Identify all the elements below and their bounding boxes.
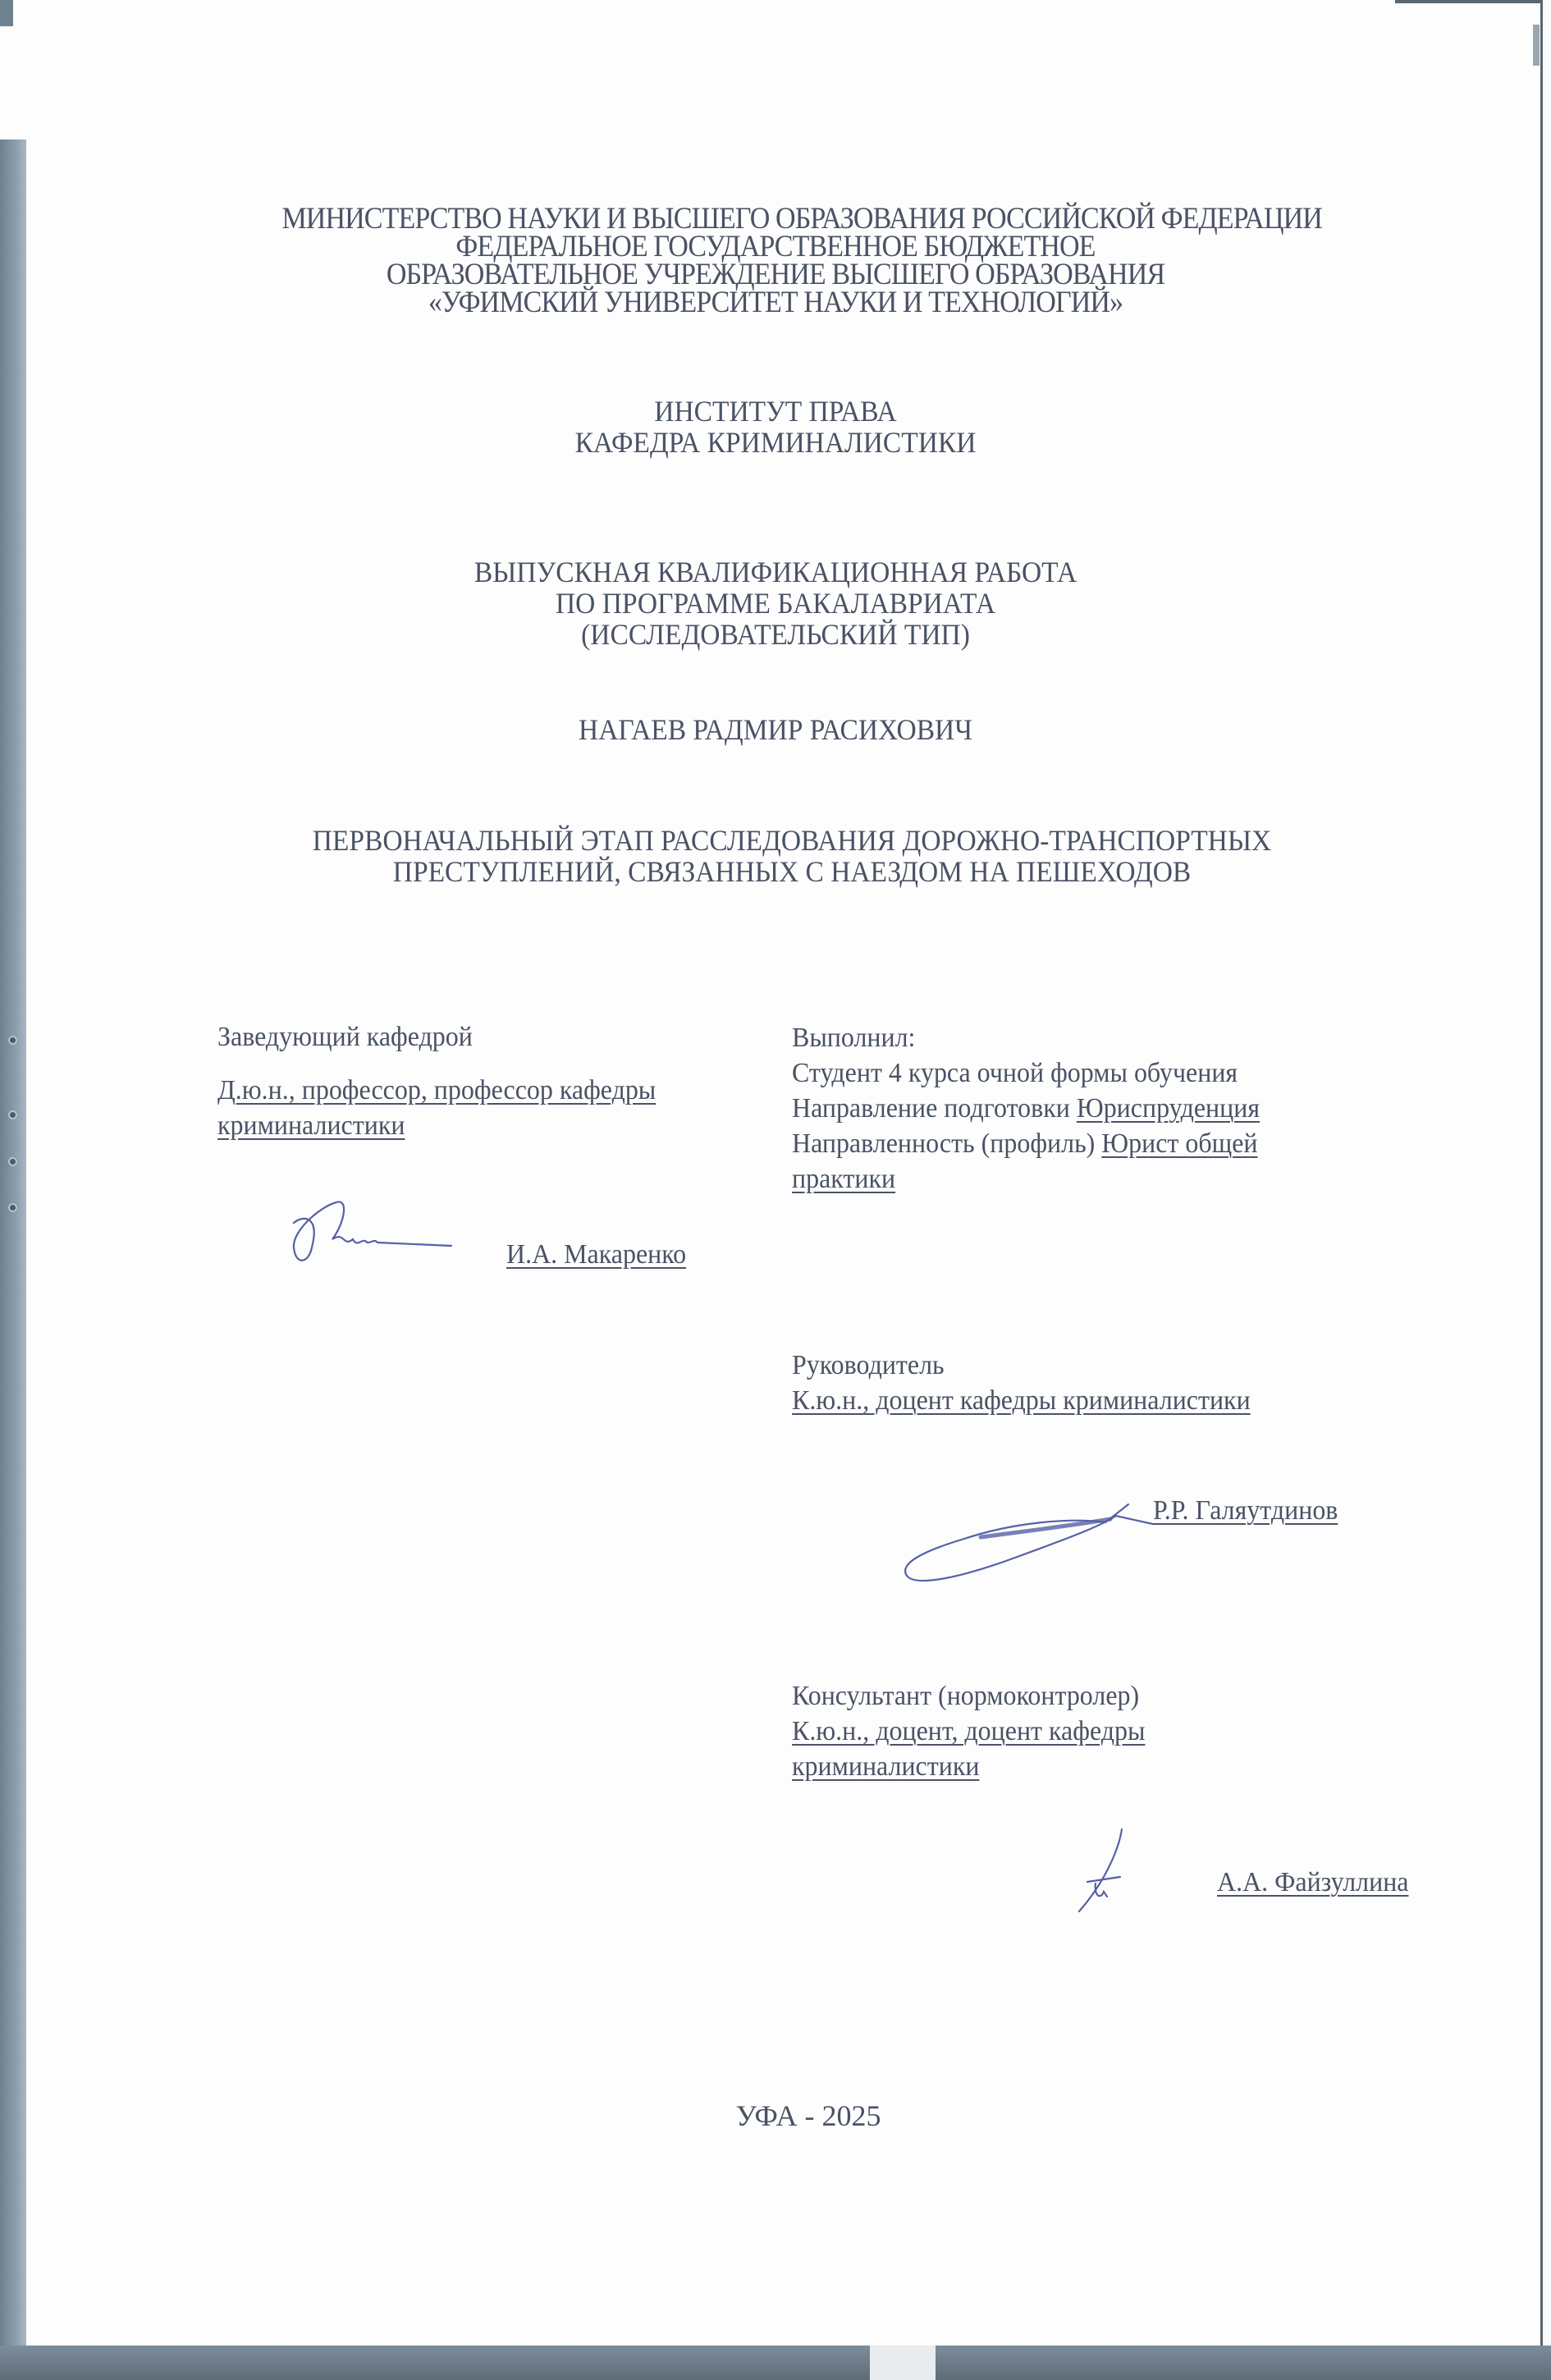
thesis-title-line: ПРЕСТУПЛЕНИЙ, СВЯЗАННЫХ С НАЕЗДОМ НА ПЕШ…: [71, 856, 1513, 887]
ministry-header: МИНИСТЕРСТВО НАУКИ И ВЫСШЕГО ОБРАЗОВАНИЯ…: [62, 205, 1489, 317]
thesis-title: ПЕРВОНАЧАЛЬНЫЙ ЭТАП РАССЛЕДОВАНИЯ ДОРОЖН…: [71, 825, 1513, 887]
direction-value: Юриспруденция: [1077, 1093, 1260, 1124]
supervisor-block: Руководитель К.ю.н., доцент кафедры крим…: [792, 1348, 1251, 1418]
thesis-title-line: ПЕРВОНАЧАЛЬНЫЙ ЭТАП РАССЛЕДОВАНИЯ ДОРОЖН…: [71, 825, 1513, 856]
header-line: МИНИСТЕРСТВО НАУКИ И ВЫСШЕГО ОБРАЗОВАНИЯ…: [115, 205, 1489, 233]
institute-name: ИНСТИТУТ ПРАВА: [54, 396, 1497, 427]
scanner-bed-bottom-edge: [0, 2346, 1551, 2380]
supervisor-name: Р.Р. Галяутдинов: [1153, 1495, 1338, 1526]
scanner-bed-right-edge: [1540, 0, 1551, 2380]
supervisor-position: К.ю.н., доцент кафедры криминалистики: [792, 1383, 1251, 1418]
title-page: МИНИСТЕРСТВО НАУКИ И ВЫСШЕГО ОБРАЗОВАНИЯ…: [0, 0, 1551, 2380]
binder-hole-icon: [8, 1203, 17, 1212]
profile-value-cont: практики: [792, 1161, 1260, 1197]
consultant-block: Консультант (нормоконтролер) К.ю.н., доц…: [792, 1678, 1145, 1784]
student-course: Студент 4 курса очной формы обучения: [792, 1055, 1260, 1091]
head-of-department-block: Заведующий кафедрой Д.ю.н., профессор, п…: [217, 1019, 656, 1143]
profile-value: Юрист общей: [1101, 1128, 1257, 1159]
header-line: «УФИМСКИЙ УНИВЕРСИТЕТ НАУКИ И ТЕХНОЛОГИЙ…: [62, 289, 1489, 317]
city-year: УФА - 2025: [33, 2099, 1551, 2133]
student-direction: Направление подготовки Юриспруденция: [792, 1091, 1260, 1126]
head-role: Заведующий кафедрой: [217, 1019, 656, 1055]
department-name: КАФЕДРА КРИМИНАЛИСТИКИ: [54, 427, 1497, 458]
binder-hole-icon: [8, 1157, 17, 1166]
head-position-line: Д.ю.н., профессор, профессор кафедры: [217, 1073, 656, 1108]
consultant-name: А.А. Файзуллина: [1217, 1867, 1409, 1898]
direction-label: Направление подготовки: [792, 1093, 1077, 1124]
scan-edge: [1395, 0, 1543, 3]
scan-mark: [1533, 25, 1540, 66]
supervisor-signature-icon: [890, 1498, 1169, 1588]
consultant-position-line: К.ю.н., доцент, доцент кафедры: [792, 1714, 1145, 1749]
binder-hole-icon: [8, 1036, 17, 1045]
author-name: НАГАЕВ РАДМИР РАСИХОВИЧ: [54, 714, 1497, 745]
student-profile: Направленность (профиль) Юрист общей: [792, 1126, 1260, 1161]
consultant-position-line: криминалистики: [792, 1749, 1145, 1784]
head-name: И.А. Макаренко: [506, 1239, 686, 1270]
header-line: ФЕДЕРАЛЬНОЕ ГОСУДАРСТВЕННОЕ БЮДЖЕТНОЕ: [62, 233, 1489, 261]
scan-edge: [870, 2346, 936, 2380]
work-type-line: ВЫПУСКНАЯ КВАЛИФИКАЦИОННАЯ РАБОТА: [54, 556, 1497, 588]
work-type-line: ПО ПРОГРАММЕ БАКАЛАВРИАТА: [54, 588, 1497, 619]
profile-label: Направленность (профиль): [792, 1128, 1101, 1159]
institute-block: ИНСТИТУТ ПРАВА КАФЕДРА КРИМИНАЛИСТИКИ: [54, 396, 1497, 458]
scan-edge: [0, 0, 13, 26]
scanner-bed-left-edge: [0, 140, 26, 2380]
student-block: Выполнил: Студент 4 курса очной формы об…: [792, 1020, 1260, 1197]
work-type-block: ВЫПУСКНАЯ КВАЛИФИКАЦИОННАЯ РАБОТА ПО ПРО…: [54, 556, 1497, 650]
work-type-line: (ИССЛЕДОВАТЕЛЬСКИЙ ТИП): [54, 619, 1497, 650]
head-position-line: криминалистики: [217, 1108, 656, 1143]
binder-hole-icon: [8, 1110, 17, 1119]
consultant-role: Консультант (нормоконтролер): [792, 1678, 1145, 1714]
head-signature-icon: [287, 1198, 476, 1272]
header-line: ОБРАЗОВАТЕЛЬНОЕ УЧРЕЖДЕНИЕ ВЫСШЕГО ОБРАЗ…: [62, 261, 1489, 289]
author-name-text: НАГАЕВ РАДМИР РАСИХОВИЧ: [54, 714, 1497, 745]
consultant-signature-icon: [1071, 1826, 1137, 1916]
student-label: Выполнил:: [792, 1020, 1260, 1055]
supervisor-role: Руководитель: [792, 1348, 1251, 1383]
